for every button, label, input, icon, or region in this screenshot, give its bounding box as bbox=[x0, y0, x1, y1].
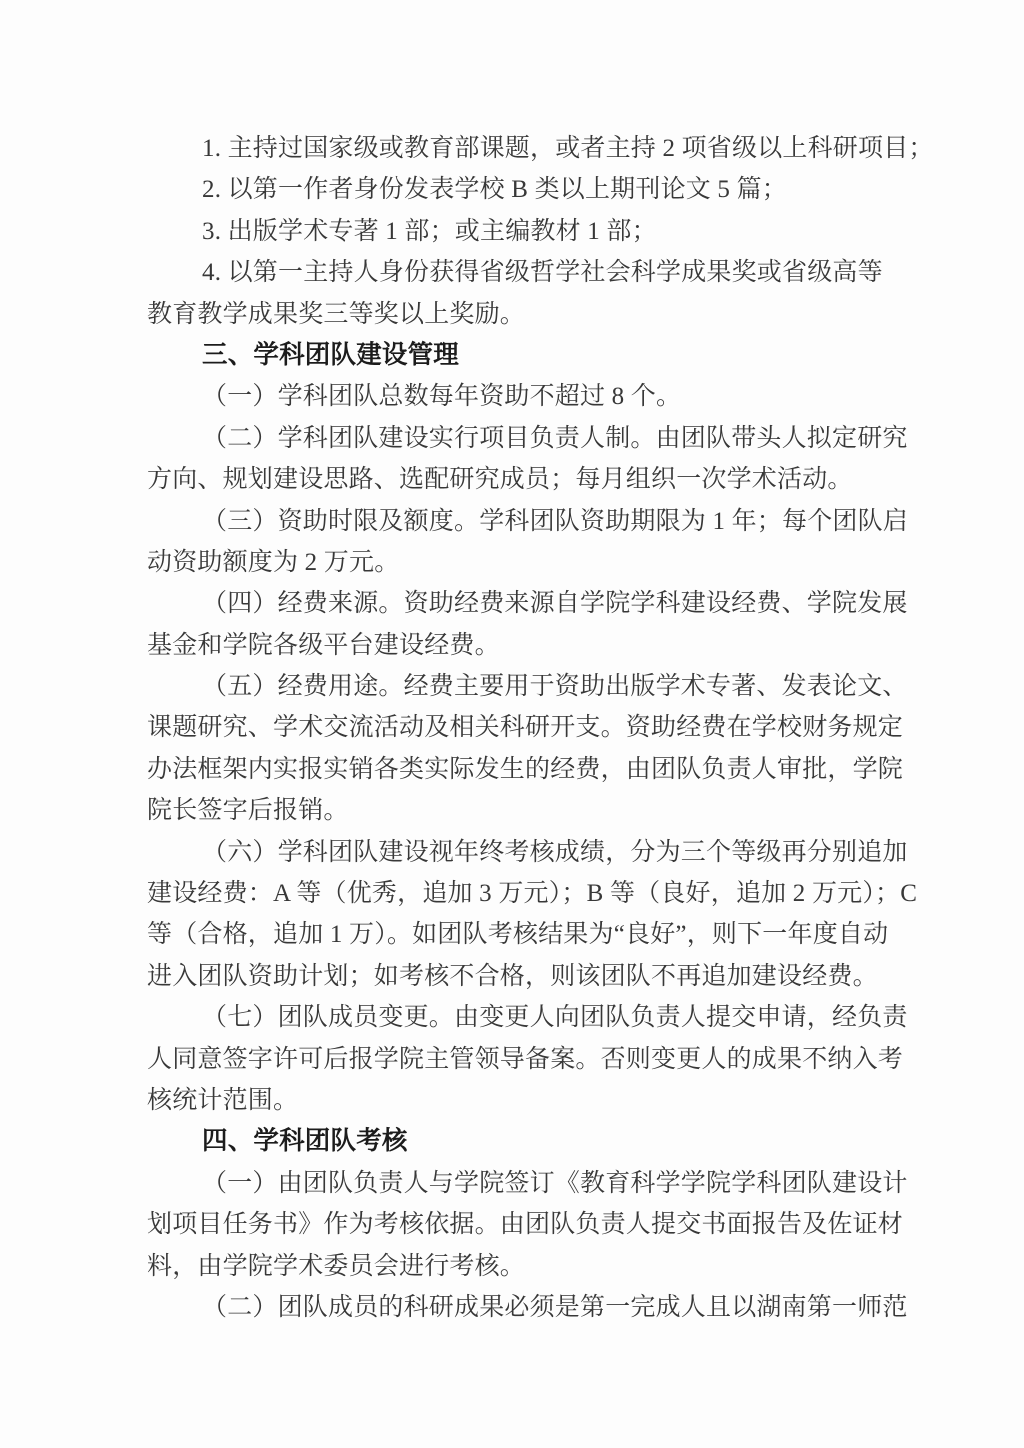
doc-line-numbered-item-1: 1. 主持过国家级或教育部课题，或者主持 2 项省级以上科研项目； bbox=[147, 128, 897, 169]
doc-line-numbered-item-4: 4. 以第一主持人身份获得省级哲学社会科学成果奖或省级高等 bbox=[147, 252, 897, 293]
doc-line: 核统计范围。 bbox=[147, 1080, 897, 1121]
doc-line: 人同意签字许可后报学院主管领导备案。否则变更人的成果不纳入考 bbox=[147, 1039, 897, 1080]
doc-line-clause-4: （四）经费来源。资助经费来源自学院学科建设经费、学院发展 bbox=[147, 583, 897, 624]
section-heading-4: 四、学科团队考核 bbox=[147, 1121, 897, 1162]
doc-line-clause-1b: （一）由团队负责人与学院签订《教育科学学院学科团队建设计 bbox=[147, 1163, 897, 1204]
doc-line-clause-5: （五）经费用途。经费主要用于资助出版学术专著、发表论文、 bbox=[147, 666, 897, 707]
doc-line: 基金和学院各级平台建设经费。 bbox=[147, 625, 897, 666]
doc-line: 方向、规划建设思路、选配研究成员；每月组织一次学术活动。 bbox=[147, 459, 897, 500]
doc-line: 料，由学院学术委员会进行考核。 bbox=[147, 1246, 897, 1287]
section-heading-3: 三、学科团队建设管理 bbox=[147, 335, 897, 376]
doc-line: 课题研究、学术交流活动及相关科研开支。资助经费在学校财务规定 bbox=[147, 707, 897, 748]
document-page: 1. 主持过国家级或教育部课题，或者主持 2 项省级以上科研项目； 2. 以第一… bbox=[0, 0, 1024, 1448]
doc-line-numbered-item-2: 2. 以第一作者身份发表学校 B 类以上期刊论文 5 篇； bbox=[147, 169, 897, 210]
doc-line: 等（合格，追加 1 万）。如团队考核结果为“良好”，则下一年度自动 bbox=[147, 914, 897, 955]
doc-line: 办法框架内实报实销各类实际发生的经费，由团队负责人审批，学院 bbox=[147, 749, 897, 790]
doc-line-clause-7: （七）团队成员变更。由变更人向团队负责人提交申请，经负责 bbox=[147, 997, 897, 1038]
doc-line: 院长签字后报销。 bbox=[147, 790, 897, 831]
doc-line: 教育教学成果奖三等奖以上奖励。 bbox=[147, 294, 897, 335]
doc-line: 进入团队资助计划；如考核不合格，则该团队不再追加建设经费。 bbox=[147, 956, 897, 997]
doc-line-clause-3: （三）资助时限及额度。学科团队资助期限为 1 年；每个团队启 bbox=[147, 501, 897, 542]
doc-line: 建设经费：A 等（优秀，追加 3 万元）；B 等（良好，追加 2 万元）；C bbox=[147, 873, 897, 914]
doc-line-clause-2b: （二）团队成员的科研成果必须是第一完成人且以湖南第一师范 bbox=[147, 1287, 897, 1328]
doc-line-clause-1: （一）学科团队总数每年资助不超过 8 个。 bbox=[147, 376, 897, 417]
doc-line: 划项目任务书》作为考核依据。由团队负责人提交书面报告及佐证材 bbox=[147, 1204, 897, 1245]
doc-line-clause-2: （二）学科团队建设实行项目负责人制。由团队带头人拟定研究 bbox=[147, 418, 897, 459]
doc-line: 动资助额度为 2 万元。 bbox=[147, 542, 897, 583]
doc-line-numbered-item-3: 3. 出版学术专著 1 部；或主编教材 1 部； bbox=[147, 211, 897, 252]
document-body: 1. 主持过国家级或教育部课题，或者主持 2 项省级以上科研项目； 2. 以第一… bbox=[147, 128, 897, 1328]
doc-line-clause-6: （六）学科团队建设视年终考核成绩，分为三个等级再分别追加 bbox=[147, 832, 897, 873]
